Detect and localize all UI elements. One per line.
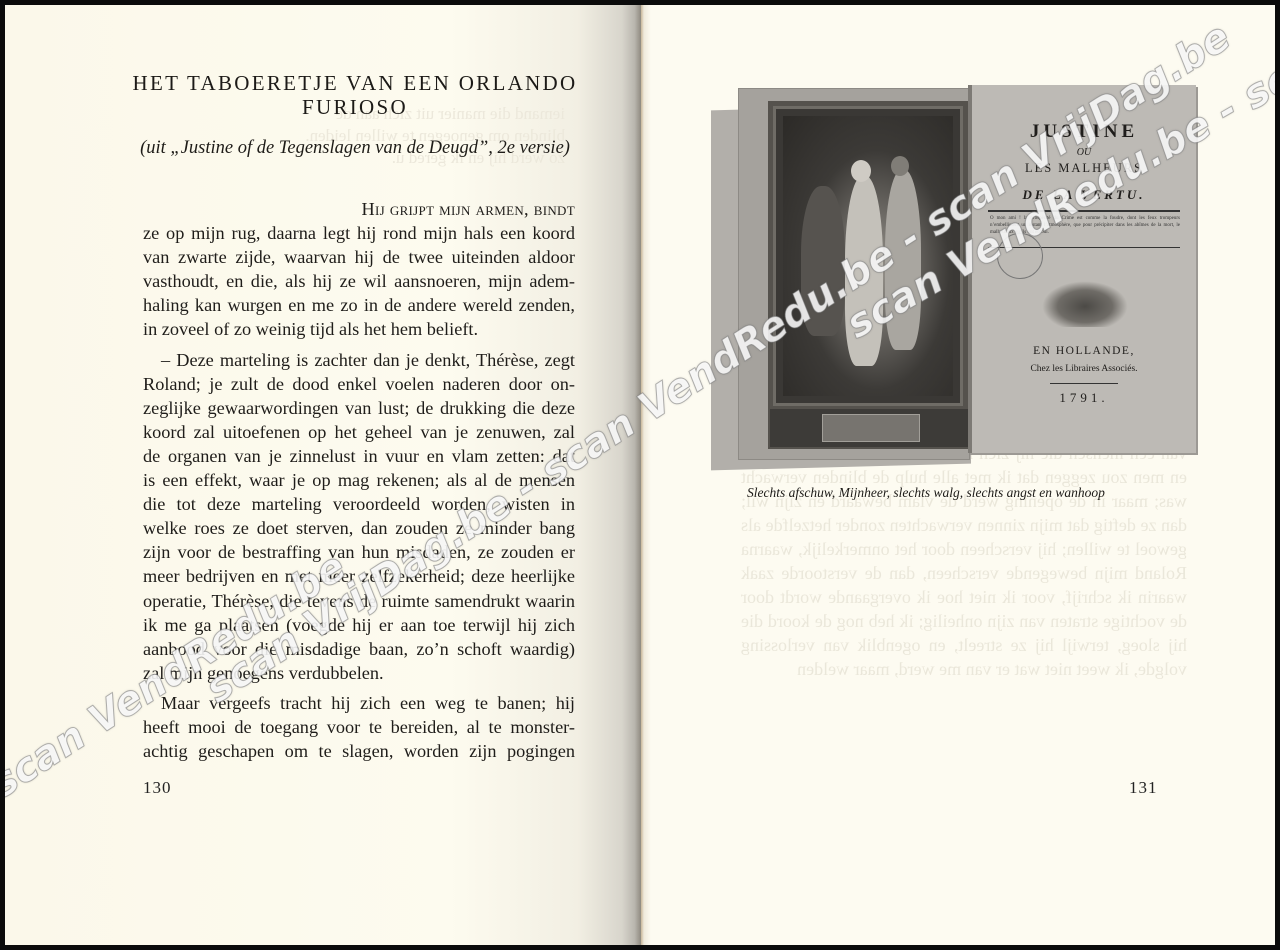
- title-page-publisher: Chez les Libraires Associés.: [972, 364, 1196, 374]
- chapter-subheading: (uit „Justine of de Tegenslagen van de D…: [105, 138, 605, 159]
- title-page: JUSTINE OU LES MALHEURS DE LA VERTU. O m…: [968, 85, 1196, 453]
- text-line: heeft mooi de toegang voor te bereiden, …: [143, 715, 575, 739]
- vignette-ornament-icon: [1042, 281, 1128, 327]
- text-line: koord zal uitoefenen op het geheel van j…: [143, 420, 575, 444]
- engraving-plaque: [768, 407, 972, 449]
- title-page-les-malheurs: LES MALHEURS: [972, 161, 1196, 176]
- text-line: meer bedrijven en met meer zelfzekerheid…: [143, 564, 575, 588]
- chapter-heading: HET TABOERETJE VAN EEN ORLANDO FURIOSO: [105, 71, 605, 119]
- text-line: van zwarte zijde, waarvan hij de twee ui…: [143, 245, 575, 269]
- library-stamp-icon: [997, 233, 1043, 279]
- title-page-ou: OU: [972, 147, 1196, 158]
- text-line: welke roes ze doet sterven, dan zouden z…: [143, 516, 575, 540]
- text-line: Maar vergeefs tracht hij zich een weg te…: [143, 691, 575, 715]
- text-line: achtig geschapen om te slagen, worden zi…: [143, 739, 575, 763]
- text-line: is een effekt, waar je op mag rekenen; a…: [143, 468, 575, 492]
- title-page-title: JUSTINE: [972, 121, 1196, 143]
- text-line: de organen van je zinnelust in vuur en v…: [143, 444, 575, 468]
- text-line: zeglijke gewaarwordingen van lust; de dr…: [143, 396, 575, 420]
- text-line: haling kan wurgen en me zo in de andere …: [143, 293, 575, 317]
- text-line: zal mijn genoegens verdubbelen.: [143, 661, 575, 685]
- title-page-de-la-vertu: DE LA VERTU.: [972, 187, 1196, 203]
- divider: [1050, 383, 1118, 384]
- text-line: die tot deze marteling veroordeeld worde…: [143, 492, 575, 516]
- page-number-left: 130: [143, 778, 172, 798]
- photo-caption: Slechts afschuw, Mijnheer, slechts walg,…: [747, 485, 1167, 501]
- heading-line-2: FURIOSO: [105, 95, 605, 119]
- text-line: Roland; je zult de dood enkel voelen nad…: [143, 372, 575, 396]
- divider: [988, 210, 1180, 212]
- book-spread: iemand die manier uit zich aan de blinde…: [5, 5, 1275, 945]
- title-page-year: 1791.: [972, 390, 1196, 406]
- text-line: aanbood voor die misdadige baan, zo’n sc…: [143, 637, 575, 661]
- text-line: in zoveel of zo weinig tijd als het hem …: [143, 317, 575, 341]
- text-line: Hij grijpt mijn armen, bindt: [143, 197, 575, 221]
- engraving-image: [783, 116, 953, 396]
- text-line: – Deze marteling is zachter dan je denkt…: [143, 348, 575, 372]
- body-text: Hij grijpt mijn armen, bindt ze op mijn …: [143, 197, 575, 763]
- page-number-right: 131: [1129, 778, 1158, 798]
- text-line: zijn voor de bestraffing van hun misdade…: [143, 540, 575, 564]
- text-line: operatie, Thérèse, die tevens de ruimte …: [143, 589, 575, 613]
- text-line: ze op mijn rug, daarna legt hij rond mij…: [143, 221, 575, 245]
- text-line: ik me ga plaatsen (voegde hij er aan toe…: [143, 613, 575, 637]
- heading-line-1: HET TABOERETJE VAN EEN ORLANDO: [105, 71, 605, 95]
- left-page: iemand die manier uit zich aan de blinde…: [5, 5, 641, 945]
- frontispiece: [738, 88, 970, 460]
- text-line: vasthoudt, en die, als hij ze wil aansno…: [143, 269, 575, 293]
- book-photo: JUSTINE OU LES MALHEURS DE LA VERTU. O m…: [711, 85, 1193, 467]
- engraving-frame: [768, 101, 968, 411]
- title-page-imprint: EN HOLLANDE,: [972, 345, 1196, 357]
